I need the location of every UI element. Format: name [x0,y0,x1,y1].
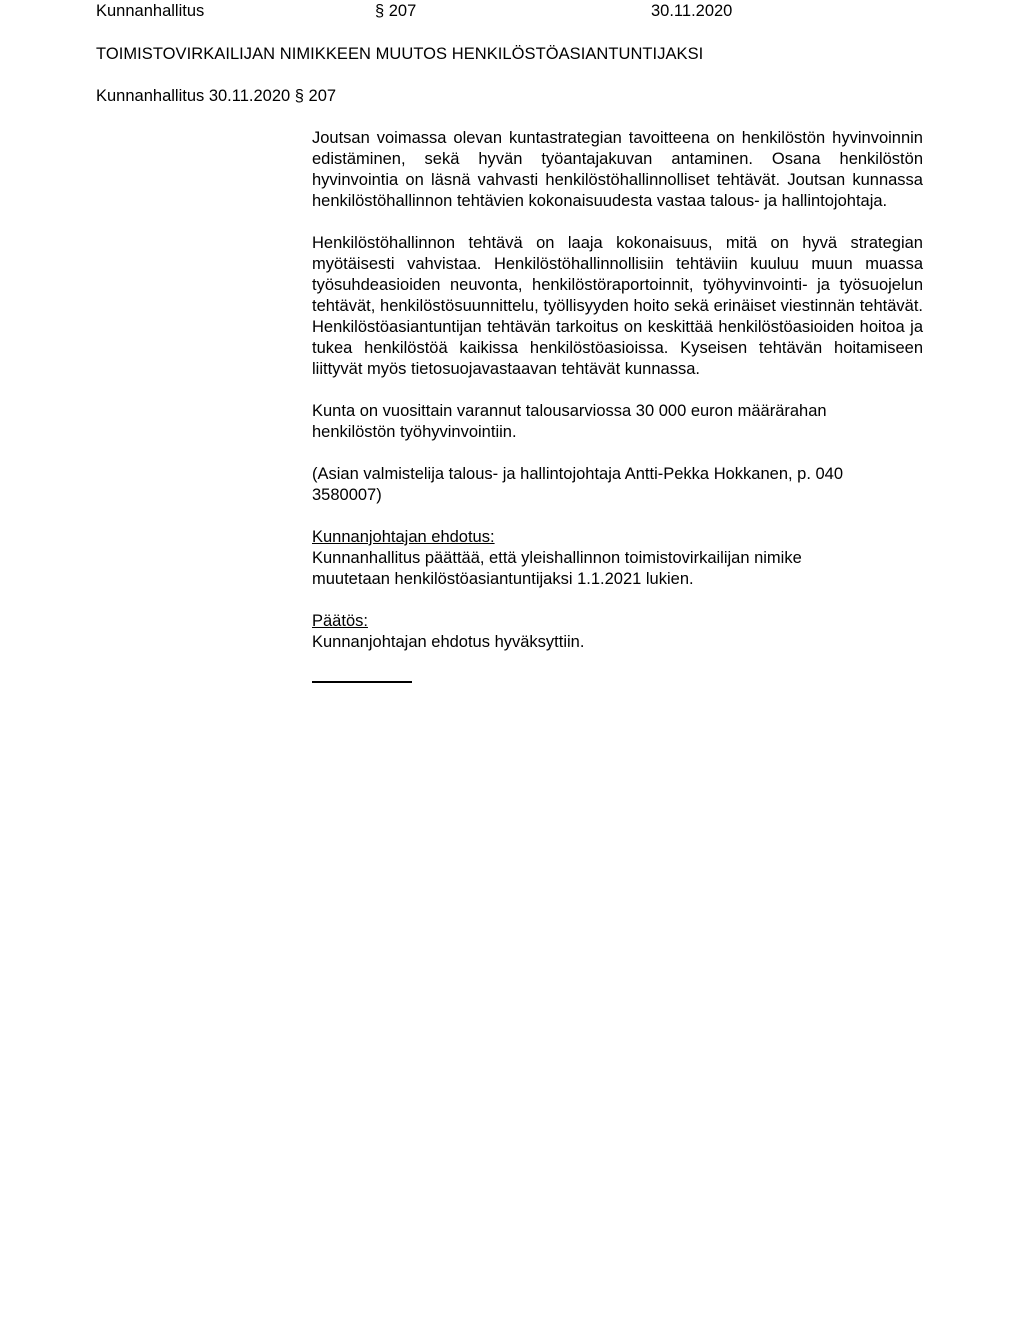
signature-divider [312,681,412,683]
proposal-text-line2: muutetaan henkilöstöasiantuntijaksi 1.1.… [312,569,923,590]
decision-text: Kunnanjohtajan ehdotus hyväksyttiin. [312,632,923,653]
paragraph-strategy: Joutsan voimassa olevan kuntastrategian … [312,128,923,212]
meeting-reference: Kunnanhallitus 30.11.2020 § 207 [96,86,336,107]
paragraph-budget: Kunta on vuosittain varannut talousarvio… [312,401,887,443]
document-body: Joutsan voimassa olevan kuntastrategian … [312,128,923,683]
header-date: 30.11.2020 [651,1,732,22]
decision-label: Päätös: [312,611,923,632]
header-section-number: § 207 [375,1,416,22]
header-body-name: Kunnanhallitus [96,1,204,22]
proposal-label: Kunnanjohtajan ehdotus: [312,527,923,548]
paragraph-hr-tasks: Henkilöstöhallinnon tehtävä on laaja kok… [312,233,923,380]
paragraph-preparer: (Asian valmistelija talous- ja hallintoj… [312,464,912,506]
proposal-text-line1: Kunnanhallitus päättää, että yleishallin… [312,548,923,569]
document-title: TOIMISTOVIRKAILIJAN NIMIKKEEN MUUTOS HEN… [96,44,703,65]
